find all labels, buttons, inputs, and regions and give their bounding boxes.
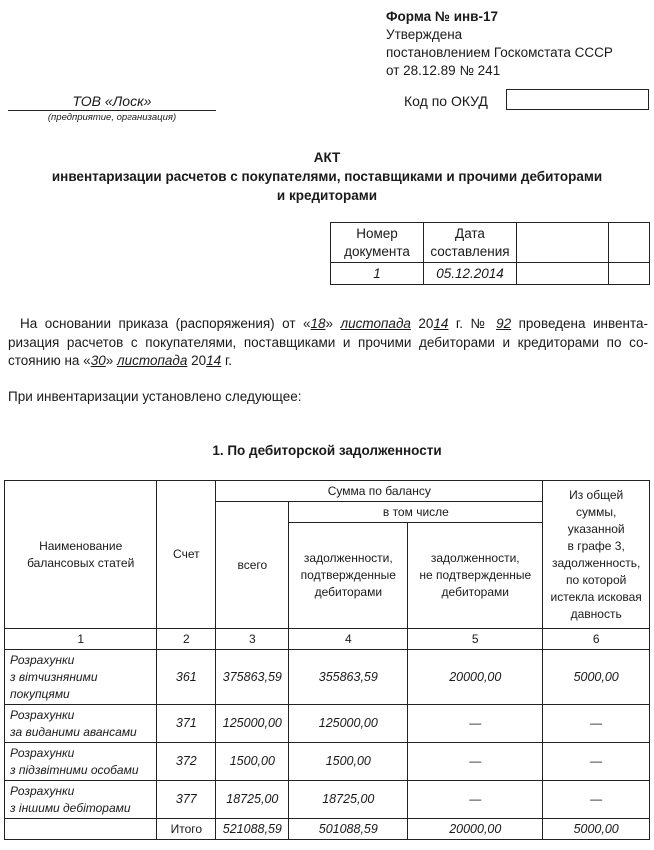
header-account: Счет: [157, 481, 216, 629]
totals-unconfirmed: 20000,00: [408, 819, 543, 840]
row-total: 375863,59: [216, 650, 289, 705]
header-unconfirmed: задолженности,не подтвержденныедебиторам…: [408, 523, 543, 629]
doc-date-header: Датасоставления: [424, 223, 517, 263]
column-numbers-row: 1 2 3 4 5 6: [5, 629, 650, 650]
receivables-table: Наименованиебалансовых статей Счет Сумма…: [4, 480, 650, 840]
doc-empty-value-2: [609, 263, 650, 285]
col-num-4: 4: [289, 629, 408, 650]
header-including: в том числе: [289, 502, 543, 523]
row-confirmed: 355863,59: [289, 650, 408, 705]
totals-expired: 5000,00: [543, 819, 650, 840]
form-number: Форма № инв-17: [386, 8, 613, 26]
row-expired: —: [543, 781, 650, 819]
header-balance-sum: Сумма по балансу: [216, 481, 543, 502]
row-unconfirmed: —: [408, 781, 543, 819]
document-info-table: Номердокумента Датасоставления 1 05.12.2…: [330, 222, 650, 285]
table-row: Розрахункиз вітчизнянимипокупцями 361 37…: [5, 650, 650, 705]
row-name: Розрахункиза виданими авансами: [5, 705, 157, 743]
doc-empty-header-1: [517, 223, 609, 263]
act-subtitle-2: и кредиторами: [0, 186, 654, 205]
doc-empty-header-2: [609, 223, 650, 263]
row-unconfirmed: —: [408, 705, 543, 743]
header-expired: Из общей суммы, указанной в графе 3, зад…: [543, 481, 650, 629]
order-year: 14: [433, 316, 448, 331]
basis-paragraph: На основании приказа (распоряжения) от «…: [8, 315, 648, 371]
col-num-5: 5: [408, 629, 543, 650]
row-account: 377: [157, 781, 216, 819]
row-account: 371: [157, 705, 216, 743]
row-total: 1500,00: [216, 743, 289, 781]
table-row: Розрахункиз іншими дебіторами 377 18725,…: [5, 781, 650, 819]
okud-field[interactable]: [506, 89, 649, 110]
approved-date: от 28.12.89 № 241: [386, 62, 613, 80]
organization-name: ТОВ «Лоск»: [8, 93, 216, 111]
state-month: листопада: [117, 353, 187, 368]
order-day: 18: [311, 316, 326, 331]
row-name: Розрахункиз іншими дебіторами: [5, 781, 157, 819]
row-unconfirmed: —: [408, 743, 543, 781]
col-num-2: 2: [157, 629, 216, 650]
doc-empty-value-1: [517, 263, 609, 285]
doc-date-value: 05.12.2014: [424, 263, 517, 285]
totals-label: Итого: [157, 819, 216, 840]
totals-row: Итого 521088,59 501088,59 20000,00 5000,…: [5, 819, 650, 840]
header-confirmed: задолженности,подтвержденныедебиторами: [289, 523, 408, 629]
row-confirmed: 125000,00: [289, 705, 408, 743]
row-name: Розрахункиз вітчизнянимипокупцями: [5, 650, 157, 705]
col-num-1: 1: [5, 629, 157, 650]
row-expired: —: [543, 705, 650, 743]
row-account: 361: [157, 650, 216, 705]
act-title: АКТ: [0, 148, 654, 167]
doc-number-value: 1: [331, 263, 424, 285]
section-title: 1. По дебиторской задолженности: [0, 443, 654, 458]
row-total: 18725,00: [216, 781, 289, 819]
row-confirmed: 1500,00: [289, 743, 408, 781]
order-number: 92: [496, 316, 511, 331]
state-year: 14: [206, 353, 221, 368]
approved-by: постановлением Госкомстата СССР: [386, 44, 613, 62]
established-text: При инвентаризации установлено следующее…: [8, 388, 648, 407]
col-num-3: 3: [216, 629, 289, 650]
organization-caption: (предприятие, организация): [8, 112, 216, 123]
totals-empty: [5, 819, 157, 840]
okud-label: Код по ОКУД: [404, 93, 488, 109]
totals-total: 521088,59: [216, 819, 289, 840]
row-confirmed: 18725,00: [289, 781, 408, 819]
header-total: всего: [216, 502, 289, 629]
table-row: Розрахункиза виданими авансами 371 12500…: [5, 705, 650, 743]
row-account: 372: [157, 743, 216, 781]
doc-number-header: Номердокумента: [331, 223, 424, 263]
state-day: 30: [91, 353, 106, 368]
row-name: Розрахункиз підзвітними особами: [5, 743, 157, 781]
row-expired: —: [543, 743, 650, 781]
row-unconfirmed: 20000,00: [408, 650, 543, 705]
act-subtitle: инвентаризации расчетов с покупателями, …: [0, 167, 654, 186]
order-month: листопада: [341, 316, 411, 331]
row-expired: 5000,00: [543, 650, 650, 705]
table-row: Розрахункиз підзвітними особами 372 1500…: [5, 743, 650, 781]
header-name: Наименованиебалансовых статей: [5, 481, 157, 629]
totals-confirmed: 501088,59: [289, 819, 408, 840]
col-num-6: 6: [543, 629, 650, 650]
form-header: Форма № инв-17 Утверждена постановлением…: [386, 8, 613, 80]
approved-label: Утверждена: [386, 26, 613, 44]
row-total: 125000,00: [216, 705, 289, 743]
